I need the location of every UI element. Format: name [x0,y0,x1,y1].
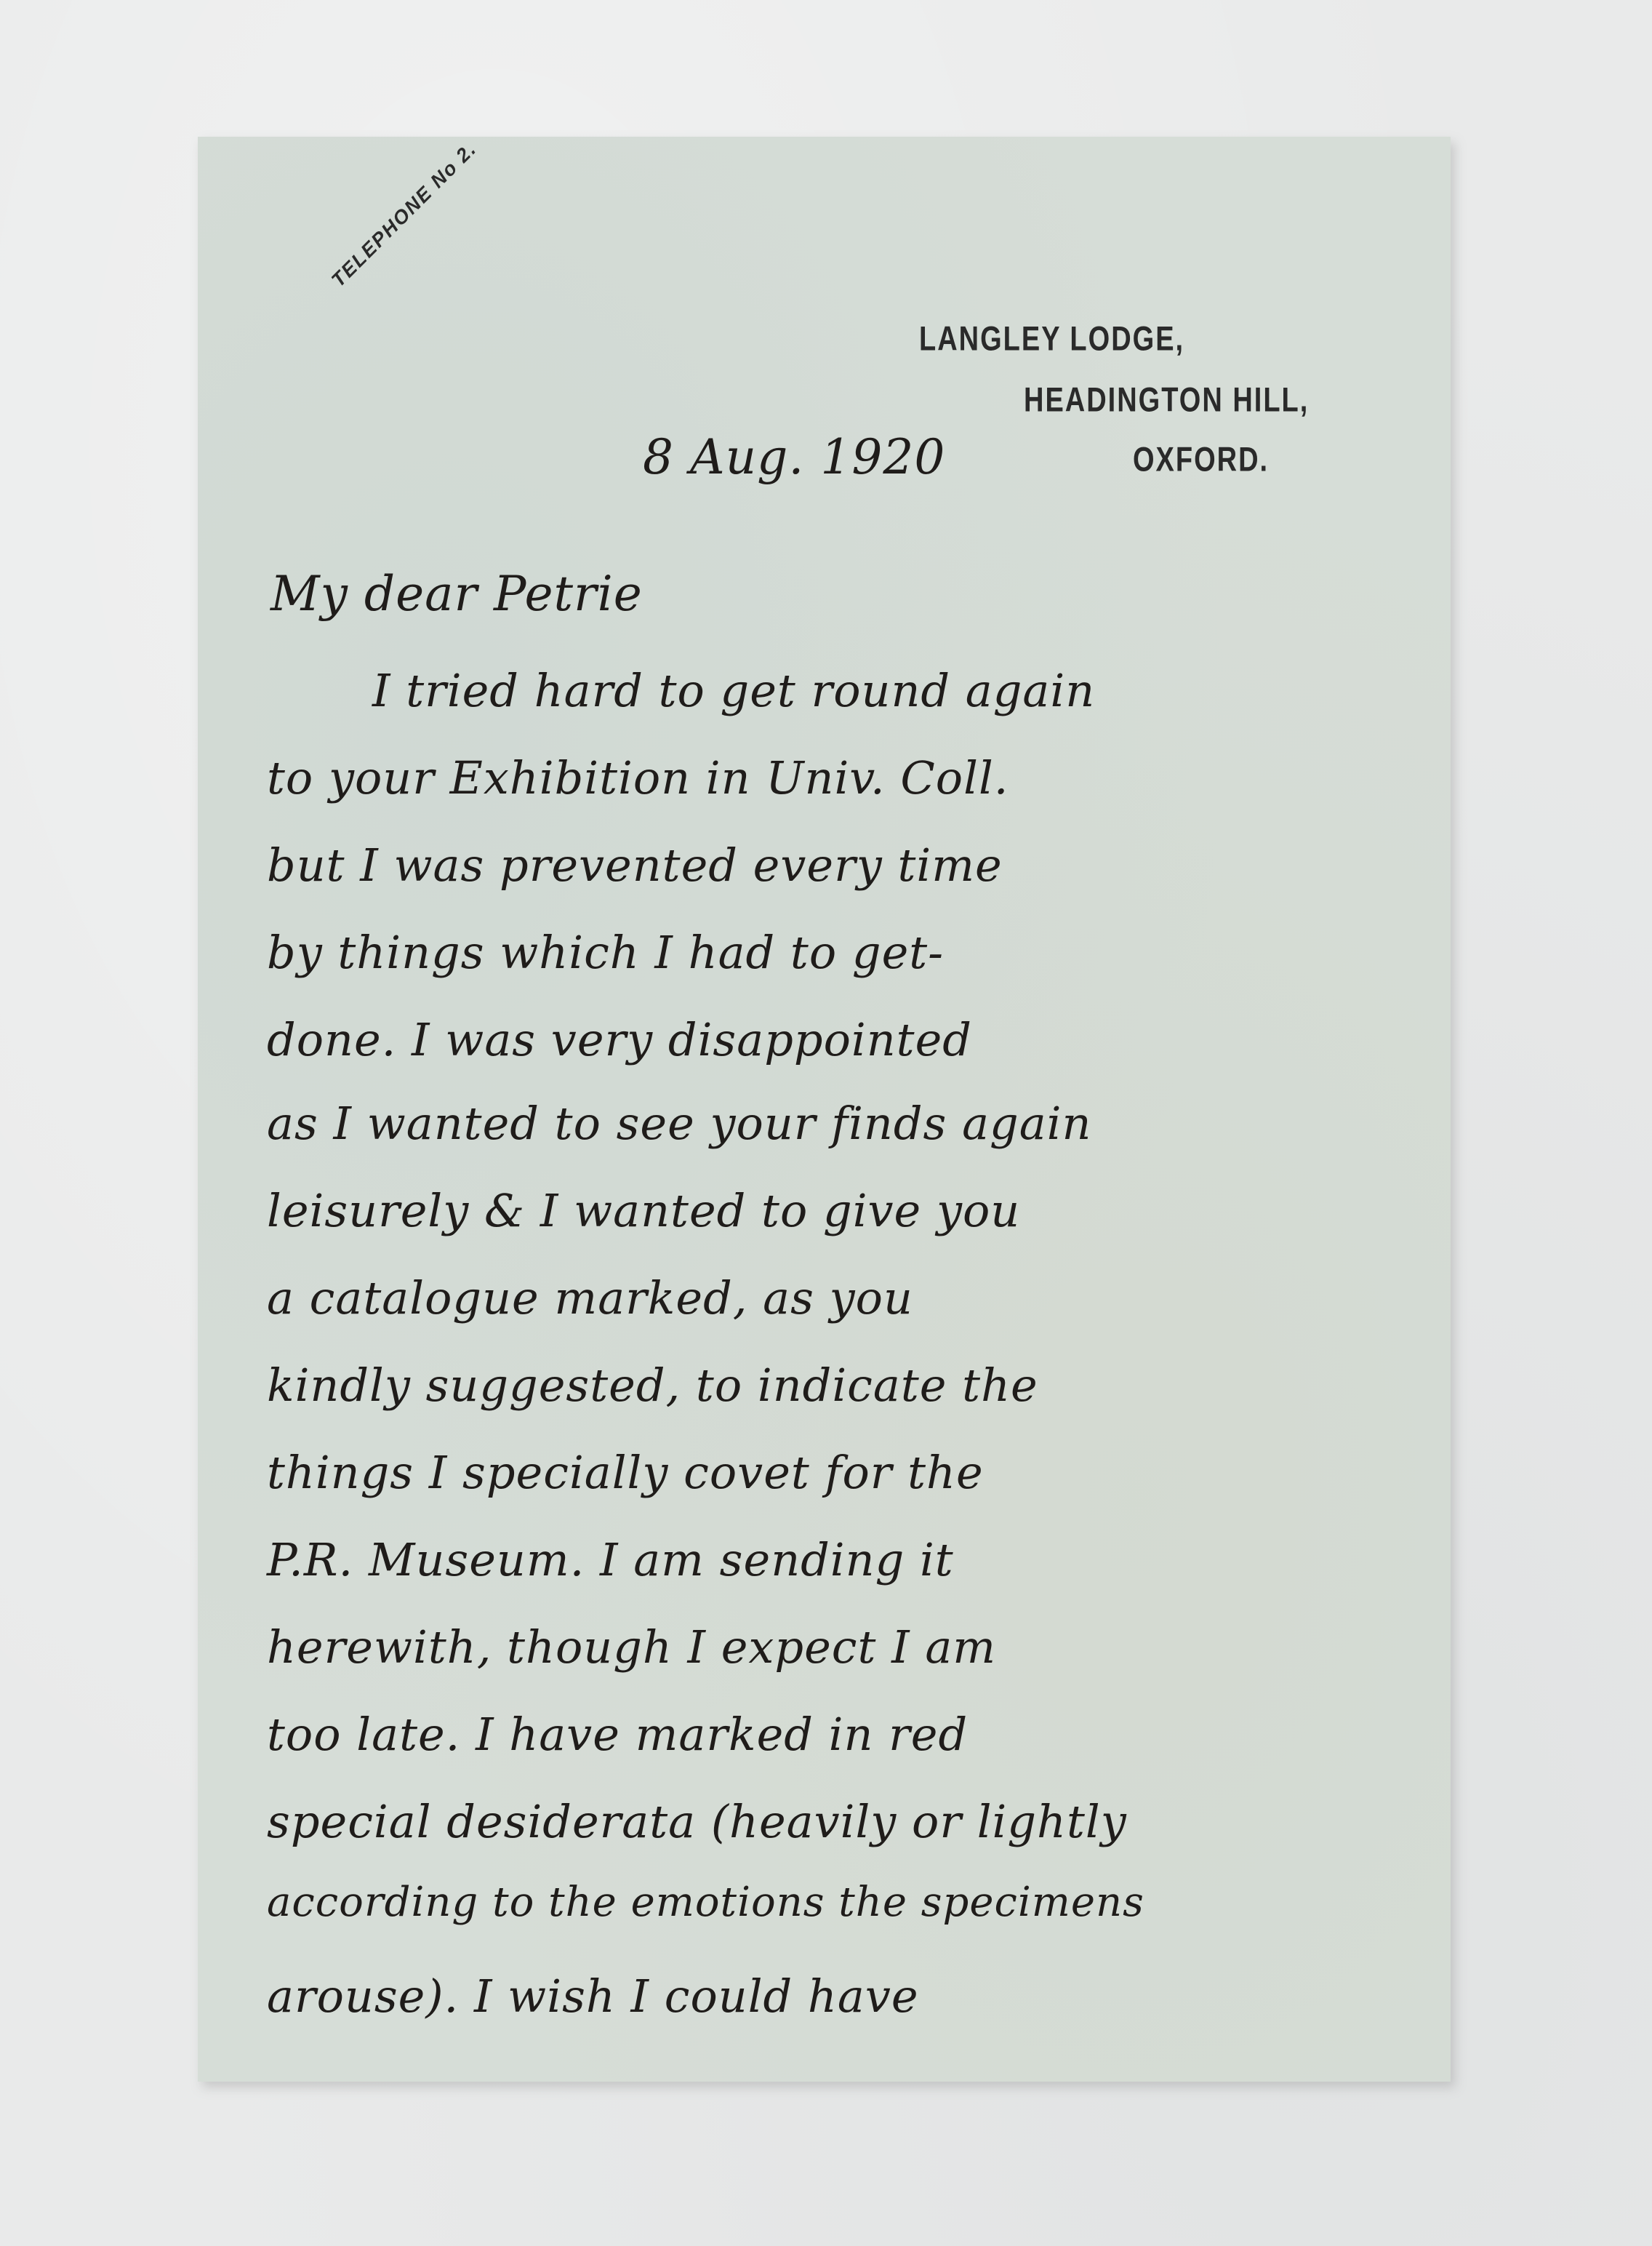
telephone-imprint: TELEPHONE No 2. [327,137,481,292]
body-line: special desiderata (heavily or lightly [267,1795,1127,1848]
body-line: herewith, though I expect I am [267,1620,996,1674]
letter-sheet: TELEPHONE No 2. LANGLEY LODGE, HEADINGTO… [198,137,1451,2082]
letterhead-address-line-3: OXFORD. [1133,441,1269,480]
body-line: things I specially covet for the [267,1446,984,1499]
body-line: according to the emotions the specimens [267,1879,1144,1926]
body-line: kindly suggested, to indicate the [267,1359,1038,1412]
body-line: as I wanted to see your finds again [267,1097,1091,1150]
letterhead-address-line-1: LANGLEY LODGE, [919,320,1184,359]
body-line: P.R. Museum. I am sending it [267,1533,954,1586]
body-line: leisurely & I wanted to give you [267,1184,1020,1237]
letterhead-address-line-2: HEADINGTON HILL, [1024,381,1309,420]
body-line: too late. I have marked in red [267,1708,968,1761]
body-line: a catalogue marked, as you [267,1271,913,1324]
salutation: My dear Petrie [270,566,643,622]
body-line: by things which I had to get- [267,926,944,979]
body-line: done. I was very disappointed [267,1013,972,1066]
body-line: I tried hard to get round again [372,664,1095,717]
body-line: to your Exhibition in Univ. Coll. [267,751,1009,804]
handwritten-date: 8 Aug. 1920 [643,429,945,485]
body-line: but I was prevented every time [267,839,1003,892]
body-line: arouse). I wish I could have [267,1970,919,2023]
